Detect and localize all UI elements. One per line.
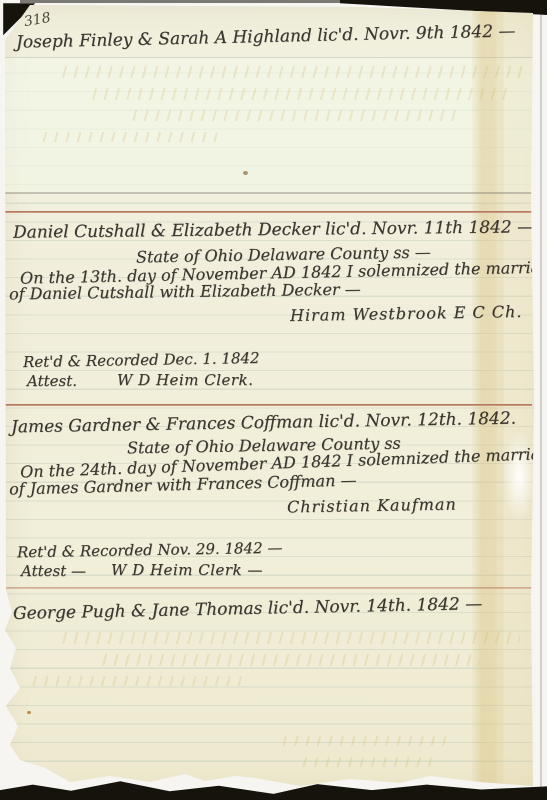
bleedthrough-writing xyxy=(60,66,530,78)
faint-rule xyxy=(0,57,547,58)
bleedthrough-writing xyxy=(40,132,220,142)
bleedthrough-writing xyxy=(100,654,480,666)
bleedthrough-writing xyxy=(90,88,510,100)
record-gardner-attest-label: Attest — xyxy=(21,562,86,580)
shadow-crease xyxy=(0,192,547,194)
record-gardner-clerk-signature: W D Heim Clerk — xyxy=(111,561,263,579)
foxing-speck xyxy=(27,711,31,714)
page-number: 318 xyxy=(23,10,52,30)
ledger-scan: 318 Joseph Finley & Sarah A Highland lic… xyxy=(0,0,547,800)
red-section-rule-1 xyxy=(4,211,532,213)
ledger-page: 318 Joseph Finley & Sarah A Highland lic… xyxy=(0,0,547,800)
record-cutshall-attest-label: Attest. xyxy=(27,372,77,390)
page-stack-edge xyxy=(540,8,542,788)
record-gardner-officiant-signature: Christian Kaufman xyxy=(287,495,457,517)
bleedthrough-writing xyxy=(300,757,440,767)
mount-edge-bottom xyxy=(0,778,547,800)
record-cutshall-clerk-signature: W D Heim Clerk. xyxy=(117,371,253,389)
red-section-rule-3 xyxy=(4,587,532,589)
foxing-speck xyxy=(243,171,248,175)
bleedthrough-writing xyxy=(30,676,250,686)
bleedthrough-writing xyxy=(280,736,450,746)
bleedthrough-writing xyxy=(130,110,460,121)
yellowed-margin xyxy=(500,6,534,792)
record-finley-heading: Joseph Finley & Sarah A Highland lic'd. … xyxy=(16,21,516,52)
record-cutshall-officiant-signature: Hiram Westbrook E C Ch. xyxy=(290,302,523,325)
red-section-rule-2 xyxy=(4,404,532,406)
bleedthrough-writing xyxy=(60,632,520,644)
